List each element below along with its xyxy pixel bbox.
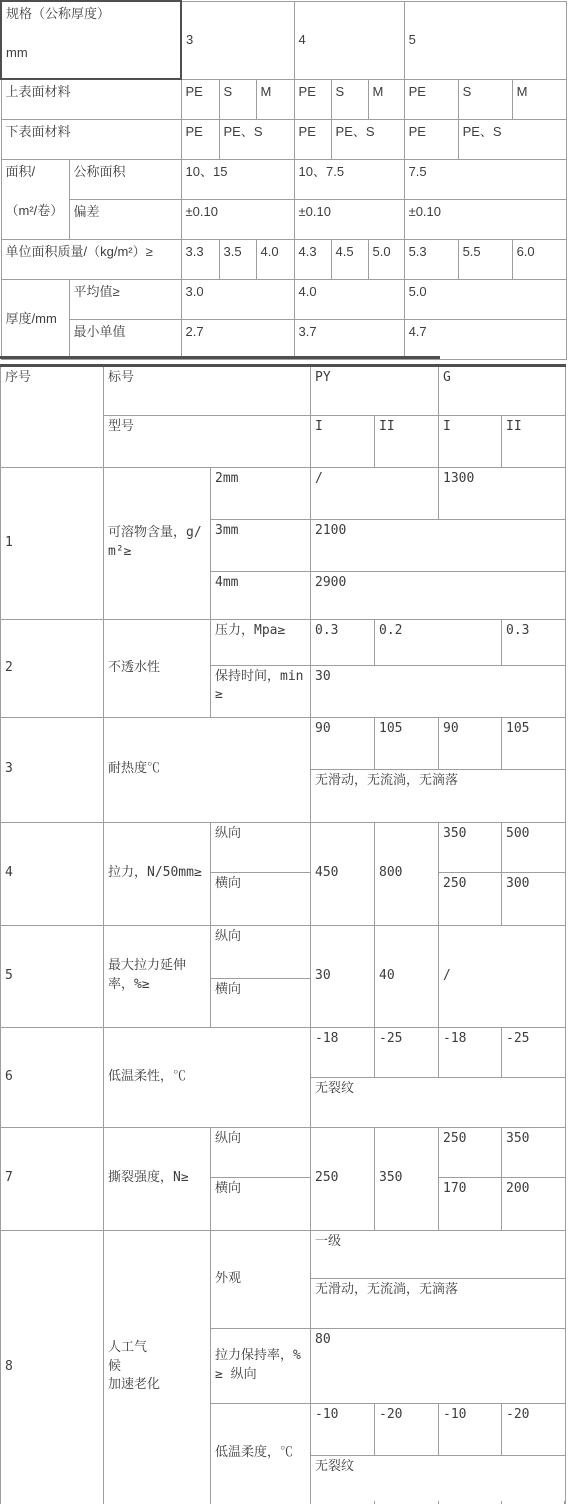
table-cell: 序号 bbox=[1, 365, 104, 467]
table-cell: 1300 bbox=[439, 467, 566, 519]
table-row: 5 最大拉力延伸率，%≥ 纵向 30 40 / bbox=[1, 925, 566, 978]
table-cell: 5 bbox=[404, 1, 566, 79]
table-cell: 一级 bbox=[311, 1230, 566, 1278]
table-cell: 6.0 bbox=[512, 239, 566, 279]
table-cell: 外观 bbox=[211, 1230, 311, 1328]
table-cell: 纵向 bbox=[211, 1127, 311, 1177]
table-cell: 无滑动，无流淌，无滴落 bbox=[311, 769, 566, 822]
table-cell: 6 bbox=[1, 1027, 104, 1127]
table-cell: -18 bbox=[311, 1027, 375, 1077]
table-cell: 3mm bbox=[211, 519, 311, 571]
table-cell: 3 bbox=[181, 1, 294, 79]
table-cell: 无滑动，无流淌，无滴落 bbox=[311, 1278, 566, 1328]
table-cell: I bbox=[311, 415, 375, 467]
table-row: 3 耐热度℃ 90 105 90 105 bbox=[1, 717, 566, 769]
table-cell: 80 bbox=[311, 1328, 566, 1403]
table-cell: 3.3 bbox=[181, 239, 219, 279]
table-cell: 可溶物含量，g/m²≥ bbox=[104, 467, 211, 619]
table-cell: 横向 bbox=[211, 872, 311, 925]
table-cell: 无裂纹 bbox=[311, 1455, 566, 1504]
table-cell: PE bbox=[181, 79, 219, 119]
table-cell: 公称面积 bbox=[69, 159, 181, 199]
table-cell: 200 bbox=[502, 1177, 566, 1230]
table-cell: M bbox=[512, 79, 566, 119]
table-cell: 拉力，N/50mm≥ bbox=[104, 822, 211, 925]
table-cell: 10、15 bbox=[181, 159, 294, 199]
table-cell: 30 bbox=[311, 665, 566, 717]
table-cell: S bbox=[458, 79, 512, 119]
table-cell: 3.7 bbox=[294, 319, 404, 359]
table-cell: 厚度/mm bbox=[1, 279, 69, 359]
table-row: 上表面材料 PE S M PE S M PE S M bbox=[1, 79, 566, 119]
table-cell: 350 bbox=[439, 822, 502, 872]
table-cell: -20 bbox=[502, 1403, 566, 1455]
table-cell: 2100 bbox=[311, 519, 566, 571]
table-cell: 规格（公称厚度） mm bbox=[1, 1, 181, 79]
table-row: 最小单值 2.7 3.7 4.7 bbox=[1, 319, 566, 359]
table-cell: 7.5 bbox=[404, 159, 566, 199]
table-cell: 30 bbox=[311, 925, 375, 1027]
table-cell: -25 bbox=[375, 1027, 439, 1077]
table-cell: 350 bbox=[502, 1127, 566, 1177]
table-cell: 4 bbox=[294, 1, 404, 79]
table-cell: 800 bbox=[375, 822, 439, 925]
table-cell: -25 bbox=[502, 1027, 566, 1077]
table-cell: 7 bbox=[1, 1127, 104, 1230]
table-cell: 4mm bbox=[211, 571, 311, 619]
table-cell: 250 bbox=[439, 1127, 502, 1177]
table-cell: ±0.10 bbox=[404, 199, 566, 239]
table-row: 厚度/mm 平均值≥ 3.0 4.0 5.0 bbox=[1, 279, 566, 319]
table-cell: II bbox=[375, 415, 439, 467]
table-cell: 0.3 bbox=[311, 619, 375, 665]
table-cell: PE bbox=[404, 79, 458, 119]
table-cell: 纵向 bbox=[211, 925, 311, 978]
table-cell: 5.0 bbox=[368, 239, 404, 279]
table-cell: 4.5 bbox=[331, 239, 368, 279]
table-cell: S bbox=[331, 79, 368, 119]
table-row: 偏差 ±0.10 ±0.10 ±0.10 bbox=[1, 199, 566, 239]
table-cell: G bbox=[439, 365, 566, 415]
table-cell: 3 bbox=[1, 717, 104, 822]
table-cell: -18 bbox=[439, 1027, 502, 1077]
table-cell: 4.0 bbox=[256, 239, 294, 279]
table-row: 序号 标号 PY G bbox=[1, 365, 566, 415]
table-cell: 300 bbox=[502, 872, 566, 925]
table-cell: 5.5 bbox=[458, 239, 512, 279]
table-cell: -10 bbox=[439, 1403, 502, 1455]
table-cell: 105 bbox=[502, 717, 566, 769]
document-page: 规格（公称厚度） mm 3 4 5 上表面材料 PE S M PE S M PE… bbox=[0, 0, 570, 1504]
table-cell: PE、S bbox=[458, 119, 566, 159]
table-cell: 2 bbox=[1, 619, 104, 717]
table-cell: PE、S bbox=[219, 119, 294, 159]
table-cell: 平均值≥ bbox=[69, 279, 181, 319]
table-cell: ±0.10 bbox=[294, 199, 404, 239]
table-row: 4 拉力，N/50mm≥ 纵向 450 800 350 500 bbox=[1, 822, 566, 872]
table-cell: M bbox=[256, 79, 294, 119]
table-cell: 低温柔度，℃ bbox=[211, 1403, 311, 1504]
table-cell: 2900 bbox=[311, 571, 566, 619]
table-cell: 拉力保持率，%≥ 纵向 bbox=[211, 1328, 311, 1403]
table-cell: PE bbox=[294, 79, 331, 119]
table-cell: / bbox=[311, 467, 439, 519]
table-cell: 横向 bbox=[211, 978, 311, 1027]
table-row: 面积/ （m²/卷） 公称面积 10、15 10、7.5 7.5 bbox=[1, 159, 566, 199]
table-cell: 偏差 bbox=[69, 199, 181, 239]
table-cell: 人工气 候 加速老化 bbox=[104, 1230, 211, 1504]
table-cell: -20 bbox=[375, 1403, 439, 1455]
table-cell: 单位面积质量/（kg/m²）≥ bbox=[1, 239, 181, 279]
thick-divider bbox=[0, 356, 440, 359]
table-cell: 纵向 bbox=[211, 822, 311, 872]
table-cell: 500 bbox=[502, 822, 566, 872]
table-cell: M bbox=[368, 79, 404, 119]
table-cell: 横向 bbox=[211, 1177, 311, 1230]
table-cell: 上表面材料 bbox=[1, 79, 181, 119]
table-cell: 最大拉力延伸率，%≥ bbox=[104, 925, 211, 1027]
table-cell: 2mm bbox=[211, 467, 311, 519]
spec-table: 规格（公称厚度） mm 3 4 5 上表面材料 PE S M PE S M PE… bbox=[0, 0, 567, 360]
table-cell: 90 bbox=[439, 717, 502, 769]
table-cell: 4.7 bbox=[404, 319, 566, 359]
table-cell: II bbox=[502, 415, 566, 467]
table-cell: 3.5 bbox=[219, 239, 256, 279]
table-cell: 耐热度℃ bbox=[104, 717, 311, 822]
table-cell: 90 bbox=[311, 717, 375, 769]
table-cell: 1 bbox=[1, 467, 104, 619]
table-row: 6 低温柔性，℃ -18 -25 -18 -25 bbox=[1, 1027, 566, 1077]
table-cell: 撕裂强度，N≥ bbox=[104, 1127, 211, 1230]
table-row: 1 可溶物含量，g/m²≥ 2mm / 1300 bbox=[1, 467, 566, 519]
table-row: 规格（公称厚度） mm 3 4 5 bbox=[1, 1, 566, 79]
table-cell: 保持时间，min≥ bbox=[211, 665, 311, 717]
table-cell: PY bbox=[311, 365, 439, 415]
table-cell: 5.3 bbox=[404, 239, 458, 279]
table-cell: 3.0 bbox=[181, 279, 294, 319]
table-cell: PE、S bbox=[331, 119, 404, 159]
table-cell: 170 bbox=[439, 1177, 502, 1230]
table-cell: 250 bbox=[311, 1127, 375, 1230]
table-cell: PE bbox=[181, 119, 219, 159]
table-cell: 250 bbox=[439, 872, 502, 925]
table-cell: 8 bbox=[1, 1230, 104, 1504]
table-cell: 105 bbox=[375, 717, 439, 769]
table-cell: 面积/ （m²/卷） bbox=[1, 159, 69, 239]
table-cell: 下表面材料 bbox=[1, 119, 181, 159]
table-cell: 4 bbox=[1, 822, 104, 925]
table-cell: 型号 bbox=[104, 415, 311, 467]
table-cell: 标号 bbox=[104, 365, 311, 415]
table-cell: / bbox=[439, 925, 566, 1027]
table-cell: 无裂纹 bbox=[311, 1077, 566, 1127]
table-cell: -10 bbox=[311, 1403, 375, 1455]
table-cell: 最小单值 bbox=[69, 319, 181, 359]
table-cell: 低温柔性，℃ bbox=[104, 1027, 311, 1127]
table-cell: 2.7 bbox=[181, 319, 294, 359]
table-cell: 5.0 bbox=[404, 279, 566, 319]
table-cell: 4.0 bbox=[294, 279, 404, 319]
table-row: 7 撕裂强度，N≥ 纵向 250 350 250 350 bbox=[1, 1127, 566, 1177]
table-cell: I bbox=[439, 415, 502, 467]
table-cell: 0.3 bbox=[502, 619, 566, 665]
table-cell: S bbox=[219, 79, 256, 119]
table-cell: 4.3 bbox=[294, 239, 331, 279]
table-cell: ±0.10 bbox=[181, 199, 294, 239]
table-cell: 350 bbox=[375, 1127, 439, 1230]
table-cell: 5 bbox=[1, 925, 104, 1027]
table-cell: PE bbox=[294, 119, 331, 159]
table-row: 2 不透水性 压力，Mpa≥ 0.3 0.2 0.3 bbox=[1, 619, 566, 665]
table-cell: 0.2 bbox=[375, 619, 502, 665]
performance-table: 序号 标号 PY G 型号 I II I II 1 可溶物含量，g/m²≥ 2m… bbox=[0, 364, 566, 1504]
table-row: 8 人工气 候 加速老化 外观 一级 bbox=[1, 1230, 566, 1278]
table-cell: 40 bbox=[375, 925, 439, 1027]
table-cell: 10、7.5 bbox=[294, 159, 404, 199]
table-cell: 不透水性 bbox=[104, 619, 211, 717]
table-row: 单位面积质量/（kg/m²）≥ 3.3 3.5 4.0 4.3 4.5 5.0 … bbox=[1, 239, 566, 279]
table-row: 下表面材料 PE PE、S PE PE、S PE PE、S bbox=[1, 119, 566, 159]
table-cell: 450 bbox=[311, 822, 375, 925]
table-cell: PE bbox=[404, 119, 458, 159]
table-cell: 压力，Mpa≥ bbox=[211, 619, 311, 665]
